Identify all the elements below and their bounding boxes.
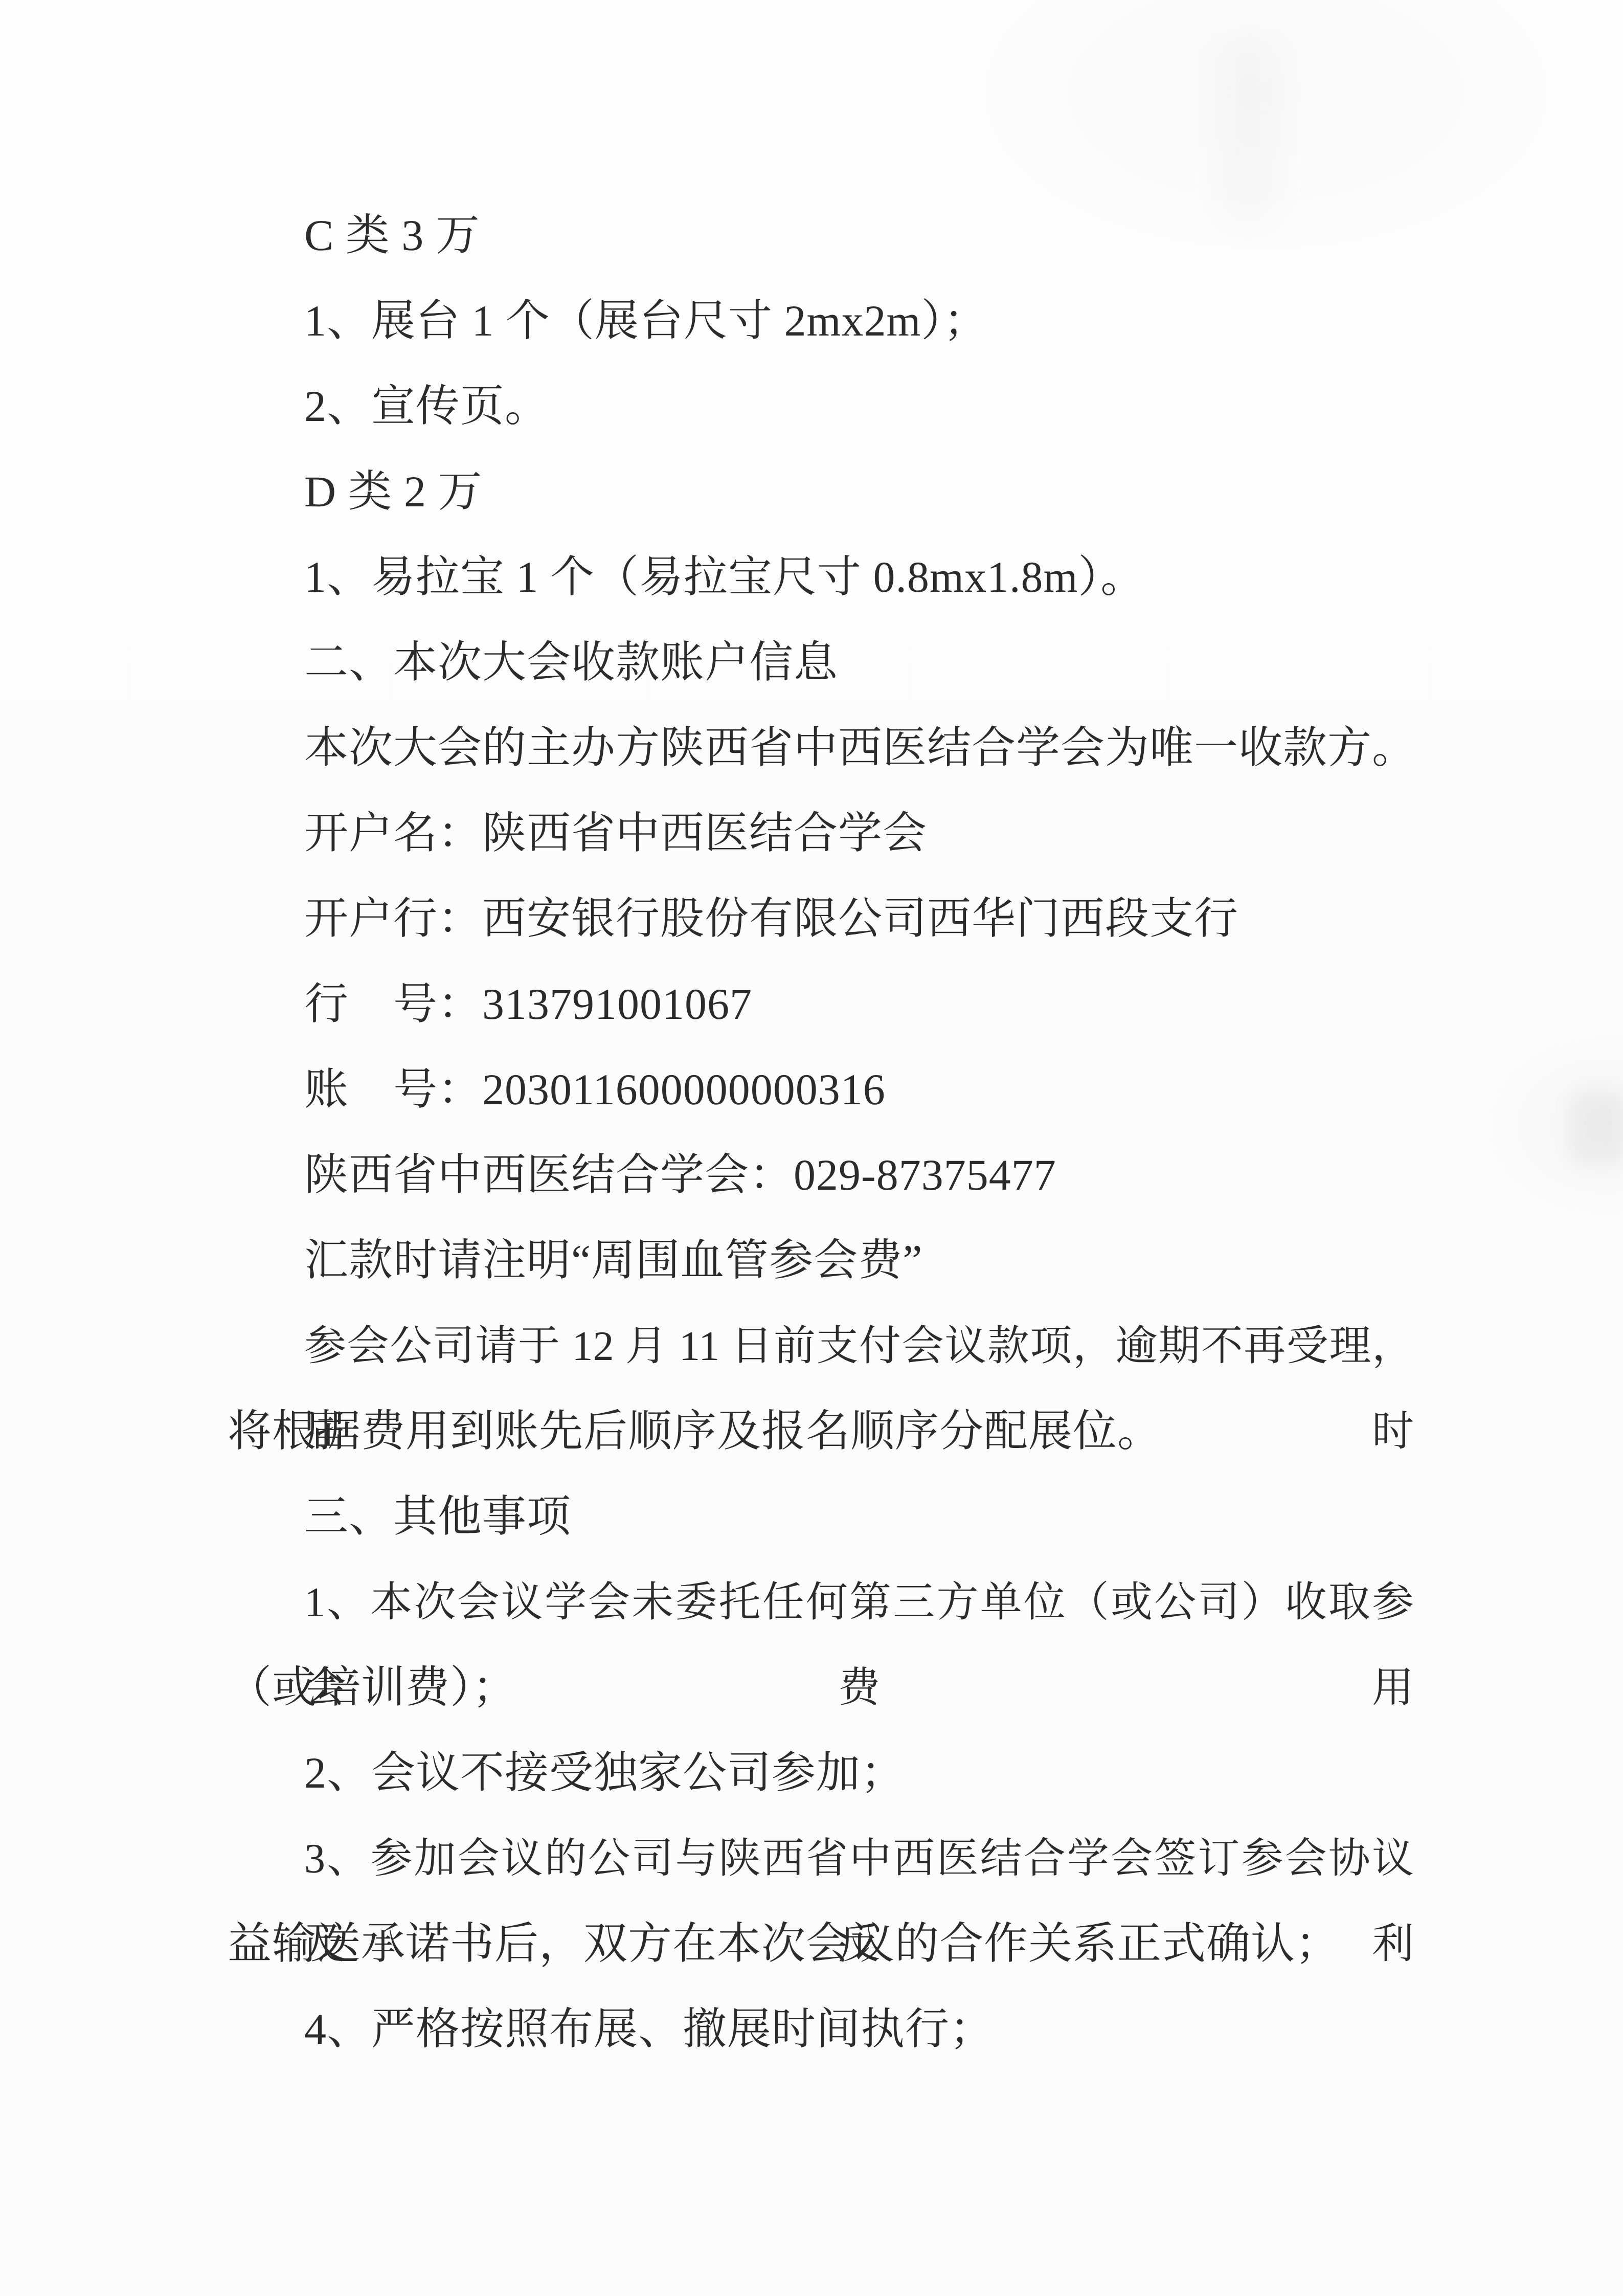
scan-smudge-right bbox=[1570, 1089, 1623, 1166]
other-item-3-line-1: 3、参加会议的公司与陕西省中西医结合学会签订参会协议及反利 bbox=[228, 1816, 1414, 1901]
tier-d-item-1: 1、易拉宝 1 个（易拉宝尺寸 0.8mx1.8m）。 bbox=[228, 534, 1414, 620]
payment-deadline-line-1: 参会公司请于 12 月 11 日前支付会议款项，逾期不再受理，届时 bbox=[228, 1303, 1414, 1389]
other-item-2: 2、会议不接受独家公司参加； bbox=[228, 1730, 1414, 1816]
other-item-3-line-2: 益输送承诺书后，双方在本次会议的合作关系正式确认； bbox=[228, 1901, 1414, 1987]
tier-c-item-1: 1、展台 1 个（展台尺寸 2mx2m）； bbox=[228, 278, 1414, 364]
section-3-heading: 三、其他事项 bbox=[228, 1474, 1414, 1559]
other-item-4: 4、严格按照布展、撤展时间执行； bbox=[228, 1987, 1414, 2072]
payee-statement: 本次大会的主办方陕西省中西医结合学会为唯一收款方。 bbox=[228, 705, 1414, 791]
tier-c-heading: C 类 3 万 bbox=[228, 193, 1414, 278]
section-2-heading: 二、本次大会收款账户信息 bbox=[228, 620, 1414, 705]
bank-code: 行 号：313791001067 bbox=[228, 962, 1414, 1047]
scanned-document-page: C 类 3 万 1、展台 1 个（展台尺寸 2mx2m）； 2、宣传页。 D 类… bbox=[0, 0, 1623, 2296]
document-body: C 类 3 万 1、展台 1 个（展台尺寸 2mx2m）； 2、宣传页。 D 类… bbox=[228, 193, 1414, 2072]
tier-d-heading: D 类 2 万 bbox=[228, 449, 1414, 534]
account-number: 账 号：203011600000000316 bbox=[228, 1047, 1414, 1132]
bank-branch-name: 开户行：西安银行股份有限公司西华门西段支行 bbox=[228, 876, 1414, 962]
account-holder-name: 开户名：陕西省中西医结合学会 bbox=[228, 791, 1414, 876]
contact-phone: 陕西省中西医结合学会：029-87375477 bbox=[228, 1132, 1414, 1218]
remittance-memo-note: 汇款时请注明“周围血管参会费” bbox=[228, 1218, 1414, 1303]
tier-c-item-2: 2、宣传页。 bbox=[228, 364, 1414, 449]
other-item-1-line-1: 1、本次会议学会未委托任何第三方单位（或公司）收取参会费用 bbox=[228, 1559, 1414, 1645]
